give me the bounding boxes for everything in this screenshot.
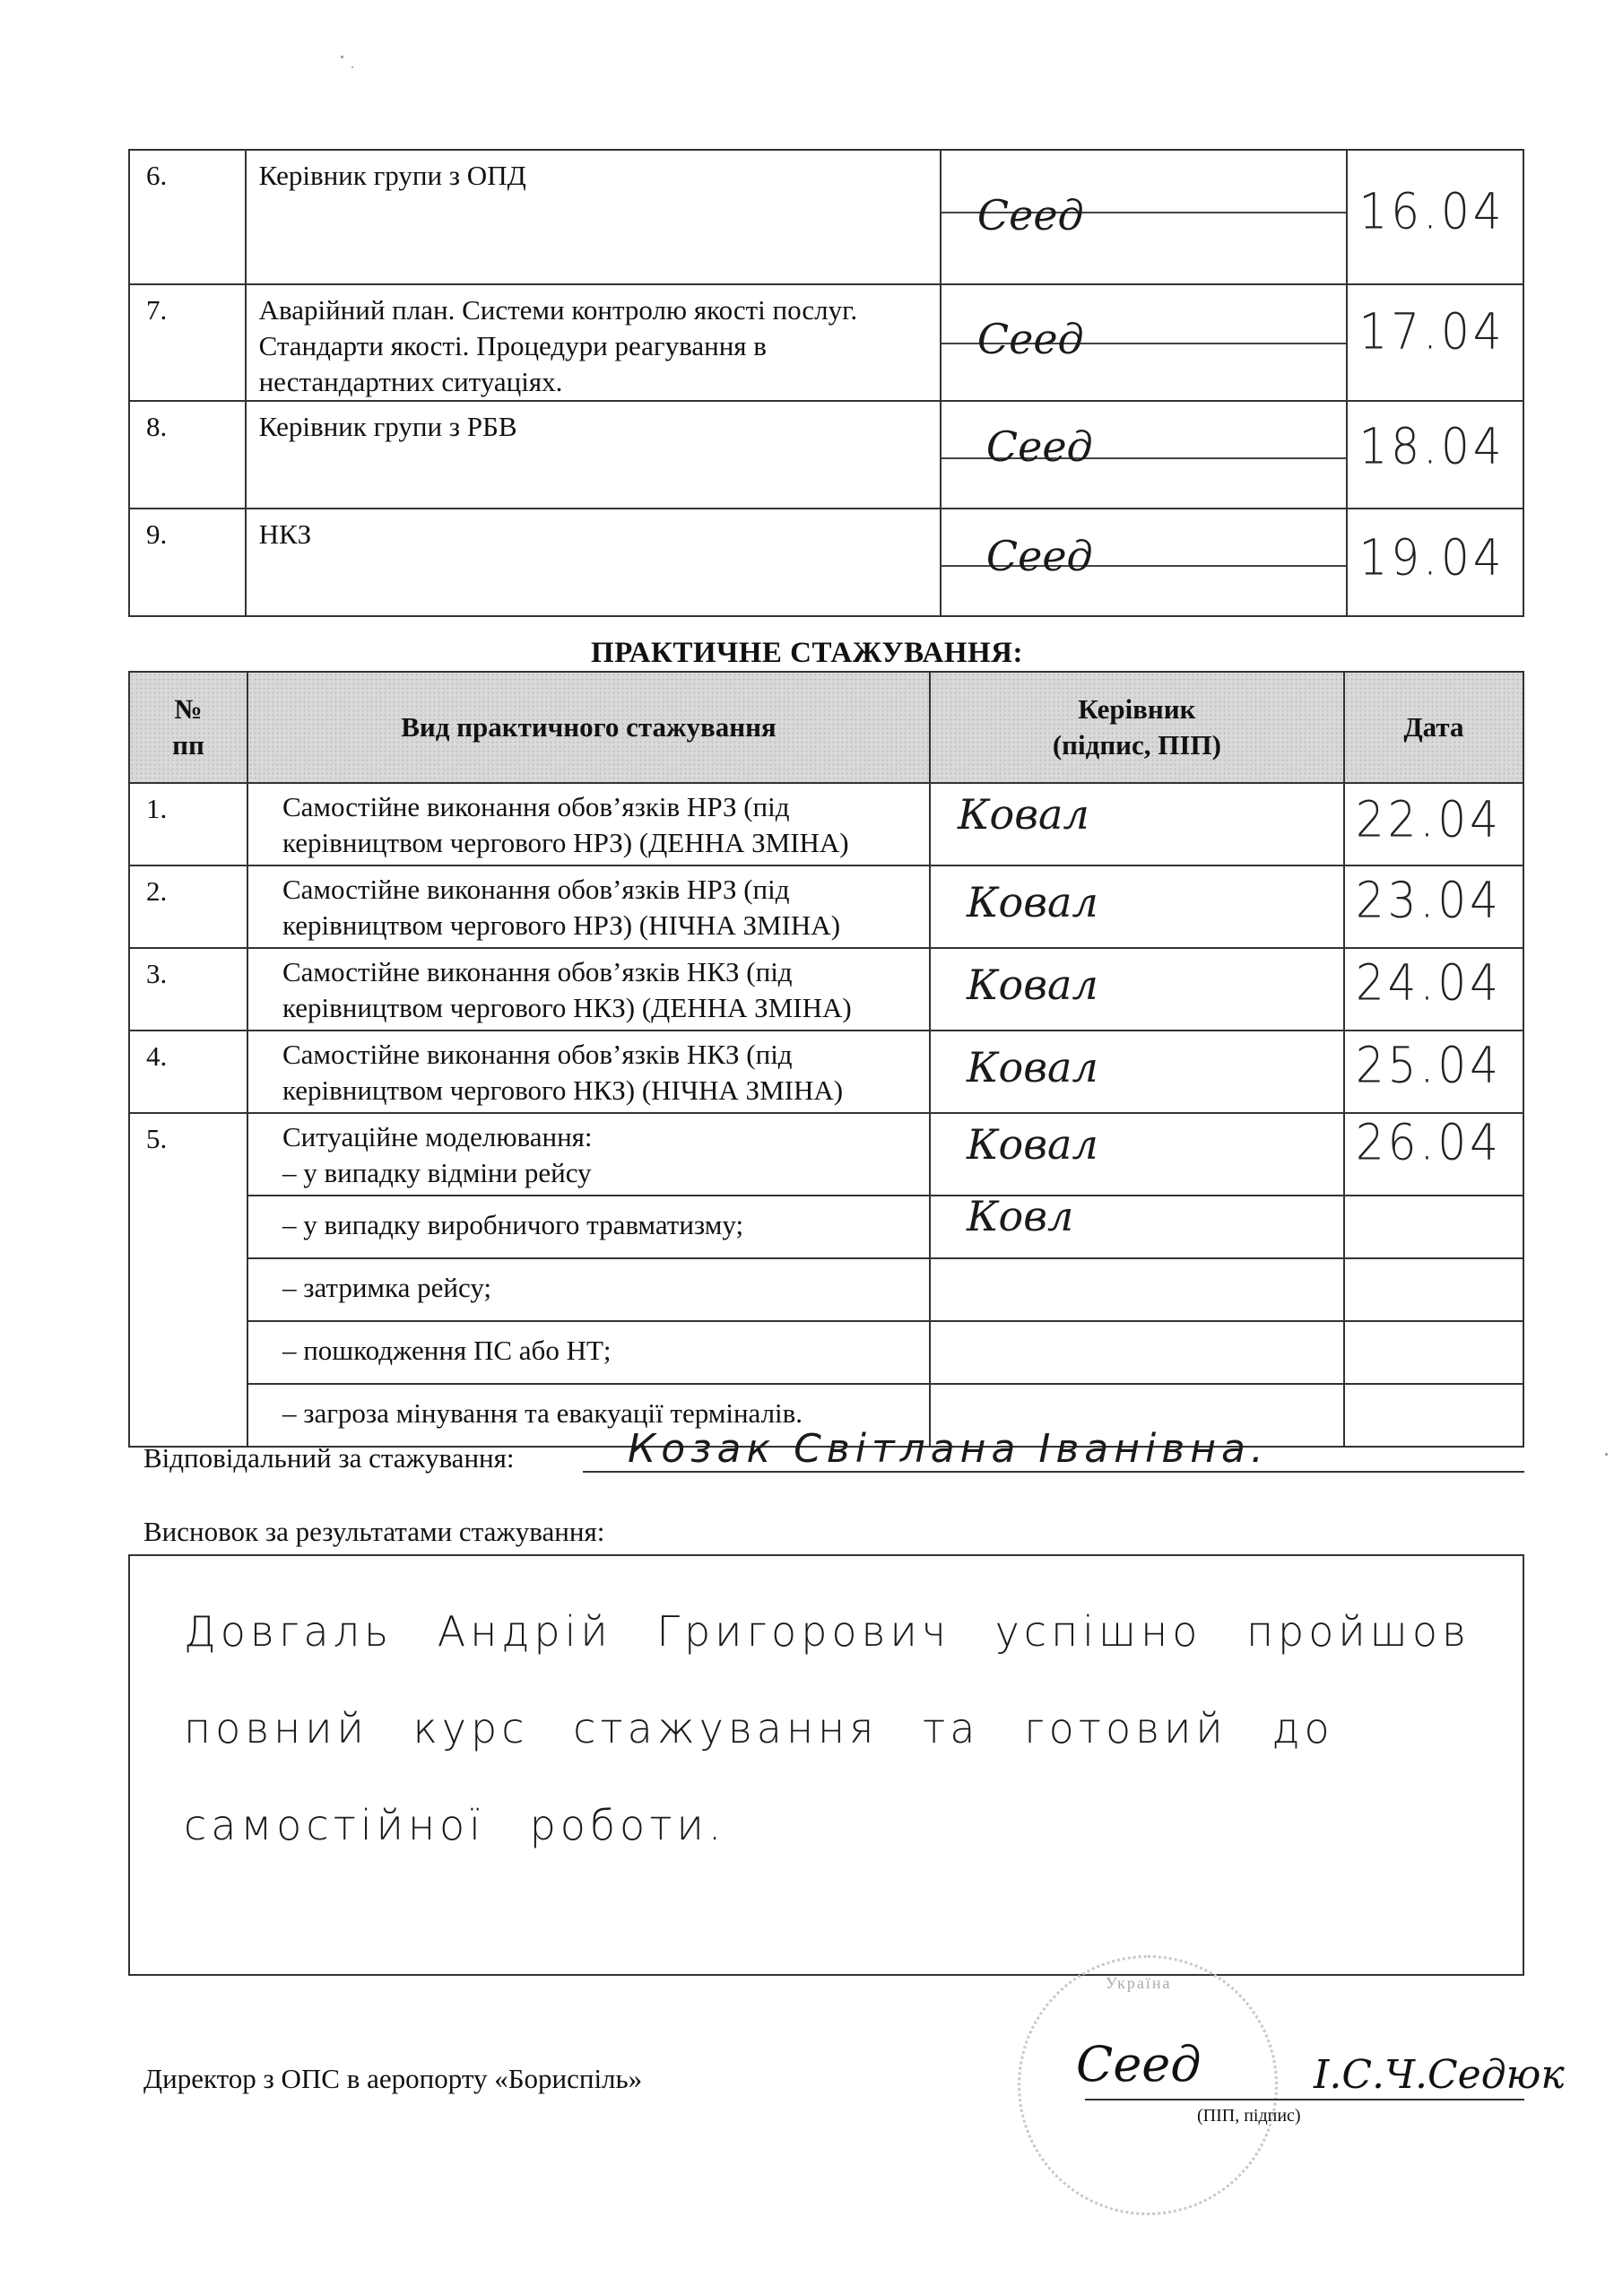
- table-row: 5. Ситуаційне моделювання: – у випадку в…: [129, 1113, 1523, 1196]
- director-label: Директор з ОПС в аеропорту «Бориспіль»: [143, 2063, 642, 2095]
- table-row: – у випадку виробничого травматизму; Ков…: [129, 1196, 1523, 1258]
- row-number: 8.: [129, 401, 246, 509]
- handwritten-date: 26.04: [1356, 1123, 1502, 1162]
- signature-cell: Сеед: [941, 284, 1348, 401]
- row-description: Самостійне виконання обов’язків НКЗ (під…: [247, 1031, 930, 1113]
- table-row: – затримка рейсу;: [129, 1258, 1523, 1321]
- signature-cell: Ковал: [930, 783, 1344, 865]
- date-cell: [1344, 1258, 1523, 1321]
- table-row: 8. Керівник групи з РБВ Сеед 18.04: [129, 401, 1523, 509]
- row-description: Самостійне виконання обов’язків НРЗ (під…: [247, 783, 930, 865]
- signature-cell: Ковал: [930, 948, 1344, 1031]
- handwritten-date: 24.04: [1356, 963, 1502, 1003]
- handwritten-signature: Ковал: [967, 884, 1098, 920]
- signature-cell: Ковал: [930, 865, 1344, 948]
- scan-speck: [351, 66, 353, 68]
- description-line: керівництвом чергового НКЗ) (ДЕННА ЗМІНА…: [282, 990, 918, 1026]
- signature-cell: Сеед: [941, 401, 1348, 509]
- date-cell: 25.04: [1344, 1031, 1523, 1113]
- table-row: 2. Самостійне виконання обов’язків НРЗ (…: [129, 865, 1523, 948]
- header-number: № пп: [129, 672, 247, 783]
- row-topic: Керівник групи з РБВ: [246, 401, 941, 509]
- header-number-line1: №: [130, 691, 247, 727]
- header-supervisor: Керівник (підпис, ПІП): [930, 672, 1344, 783]
- date-cell: [1344, 1321, 1523, 1384]
- table-row: 7. Аварійний план. Системи контролю якос…: [129, 284, 1523, 401]
- description-line: Самостійне виконання обов’язків НРЗ (під: [282, 789, 918, 825]
- table-row: 3. Самостійне виконання обов’язків НКЗ (…: [129, 948, 1523, 1031]
- description-line: керівництвом чергового НРЗ) (НІЧНА ЗМІНА…: [282, 908, 918, 944]
- director-signature-line: [1085, 2099, 1524, 2100]
- conclusion-label: Висновок за результатами стажування:: [143, 1516, 604, 1548]
- handwritten-signature: Сеед: [977, 197, 1084, 233]
- row-number: 9.: [129, 509, 246, 616]
- theory-table: 6. Керівник групи з ОПД Сеед 16.04 7. Ав…: [128, 149, 1524, 617]
- signature-cell: Ковл: [930, 1196, 1344, 1258]
- row-description: Самостійне виконання обов’язків НРЗ (під…: [247, 865, 930, 948]
- handwritten-date: 18.04: [1358, 427, 1505, 466]
- handwritten-date: 25.04: [1356, 1046, 1502, 1085]
- signature-cell: [930, 1258, 1344, 1321]
- director-name: І.С.Ч.Седюк: [1314, 2052, 1565, 2098]
- scan-speck: [341, 56, 343, 58]
- row-topic: НКЗ: [246, 509, 941, 616]
- date-cell: 22.04: [1344, 783, 1523, 865]
- signature-cell: Ковал: [930, 1113, 1344, 1196]
- handwritten-date: 17.04: [1358, 312, 1505, 352]
- conclusion-text: Довгаль Андрій Григорович успішно пройшо…: [184, 1583, 1484, 1874]
- table-row: – пошкодження ПС або НТ;: [129, 1321, 1523, 1384]
- table-row: 9. НКЗ Сеед 19.04: [129, 509, 1523, 616]
- signature-cell: [930, 1321, 1344, 1384]
- row-description: Самостійне виконання обов’язків НКЗ (під…: [247, 948, 930, 1031]
- director-caption: (ПІП, підпис): [1197, 2106, 1301, 2126]
- header-number-line2: пп: [130, 727, 247, 763]
- date-cell: [1344, 1196, 1523, 1258]
- section-title: ПРАКТИЧНЕ СТАЖУВАННЯ:: [0, 637, 1614, 670]
- modeling-item: – у випадку виробничого травматизму;: [247, 1196, 930, 1258]
- director-signature: Сеед: [1076, 2036, 1201, 2092]
- modeling-item: – у випадку відміни рейсу: [282, 1155, 918, 1191]
- header-supervisor-line2: (підпис, ПІП): [931, 727, 1343, 763]
- description-line: керівництвом чергового НРЗ) (ДЕННА ЗМІНА…: [282, 825, 918, 861]
- handwritten-signature: Ковл: [967, 1198, 1073, 1234]
- handwritten-date: 22.04: [1356, 800, 1502, 839]
- description-line: Самостійне виконання обов’язків НРЗ (під: [282, 872, 918, 908]
- signature-cell: Ковал: [930, 1031, 1344, 1113]
- row-topic: Керівник групи з ОПД: [246, 150, 941, 284]
- date-cell: 23.04: [1344, 865, 1523, 948]
- row-number: 4.: [129, 1031, 247, 1113]
- row-number: 3.: [129, 948, 247, 1031]
- handwritten-signature: Сеед: [986, 429, 1093, 465]
- header-date: Дата: [1344, 672, 1523, 783]
- modeling-item: – затримка рейсу;: [247, 1258, 930, 1321]
- handwritten-signature: Ковал: [967, 967, 1098, 1003]
- header-supervisor-line1: Керівник: [931, 691, 1343, 727]
- date-cell: [1344, 1384, 1523, 1447]
- row-number: 2.: [129, 865, 247, 948]
- signature-cell: Сеед: [941, 150, 1348, 284]
- date-cell: 16.04: [1347, 150, 1523, 284]
- row-number: 6.: [129, 150, 246, 284]
- handwritten-date: 23.04: [1356, 881, 1502, 920]
- table-row: 4. Самостійне виконання обов’язків НКЗ (…: [129, 1031, 1523, 1113]
- modeling-title: Ситуаційне моделювання:: [282, 1119, 918, 1155]
- conclusion-box: Довгаль Андрій Григорович успішно пройшо…: [128, 1554, 1524, 1976]
- date-cell: 24.04: [1344, 948, 1523, 1031]
- handwritten-signature: Ковал: [958, 796, 1089, 832]
- row-number: 7.: [129, 284, 246, 401]
- table-row: 6. Керівник групи з ОПД Сеед 16.04: [129, 150, 1523, 284]
- date-cell: 19.04: [1347, 509, 1523, 616]
- table-row: 1. Самостійне виконання обов’язків НРЗ (…: [129, 783, 1523, 865]
- practical-table: № пп Вид практичного стажування Керівник…: [128, 671, 1524, 1448]
- scan-speck: [1605, 1453, 1608, 1456]
- handwritten-signature: Ковал: [967, 1126, 1098, 1162]
- header-type: Вид практичного стажування: [247, 672, 930, 783]
- description-line: керівництвом чергового НКЗ) (НІЧНА ЗМІНА…: [282, 1073, 918, 1109]
- row-number: 1.: [129, 783, 247, 865]
- date-cell: 18.04: [1347, 401, 1523, 509]
- row-number: 5.: [129, 1113, 247, 1447]
- date-cell: 17.04: [1347, 284, 1523, 401]
- responsible-label: Відповідальний за стажування:: [143, 1442, 515, 1474]
- table-header-row: № пп Вид практичного стажування Керівник…: [129, 672, 1523, 783]
- signature-cell: Сеед: [941, 509, 1348, 616]
- handwritten-signature: Сеед: [986, 538, 1093, 574]
- stamp-text: Україна: [1106, 1974, 1172, 1993]
- handwritten-signature: Ковал: [967, 1049, 1098, 1085]
- handwritten-date: 19.04: [1358, 538, 1505, 578]
- modeling-item: – пошкодження ПС або НТ;: [247, 1321, 930, 1384]
- description-line: Самостійне виконання обов’язків НКЗ (під: [282, 1037, 918, 1073]
- date-cell: 26.04: [1344, 1113, 1523, 1196]
- handwritten-date: 16.04: [1358, 192, 1505, 231]
- responsible-name: Козак Світлана Іванівна.: [628, 1426, 1269, 1472]
- handwritten-signature: Сеед: [977, 321, 1084, 357]
- row-description: Ситуаційне моделювання: – у випадку відм…: [247, 1113, 930, 1196]
- row-topic: Аварійний план. Системи контролю якості …: [246, 284, 941, 401]
- description-line: Самостійне виконання обов’язків НКЗ (під: [282, 954, 918, 990]
